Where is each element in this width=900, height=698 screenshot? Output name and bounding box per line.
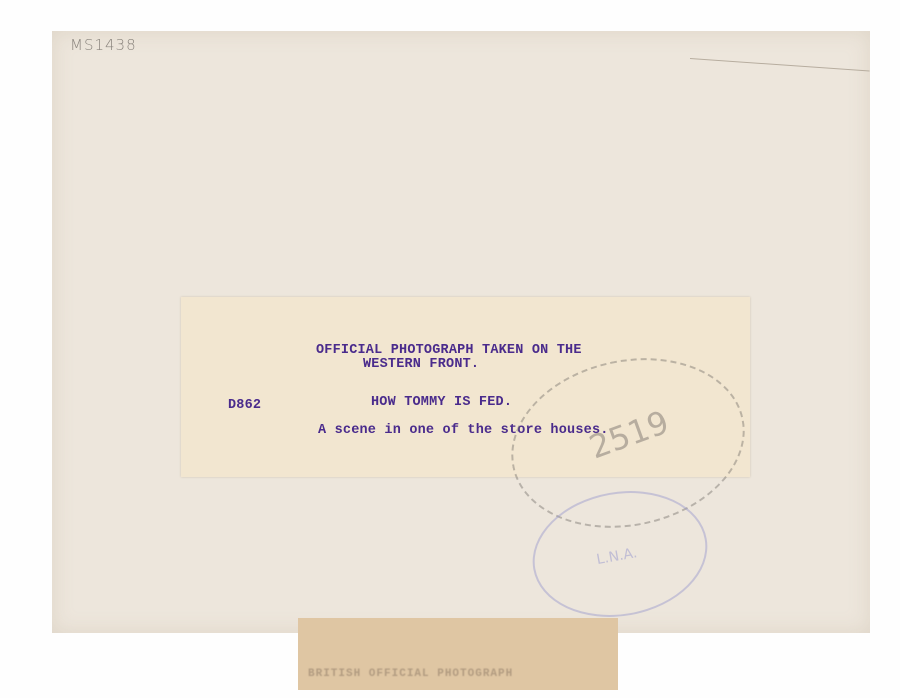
handwritten-reference: MS1438	[70, 36, 137, 54]
caption-reference-number: D862	[228, 398, 261, 413]
stamp-number: 2519	[584, 403, 674, 467]
caption-heading-line2: WESTERN FRONT.	[363, 357, 479, 372]
caption-heading-line1: OFFICIAL PHOTOGRAPH TAKEN ON THE	[316, 343, 582, 358]
caption-title: HOW TOMMY IS FED.	[371, 395, 512, 410]
tape-label: BRITISH OFFICIAL PHOTOGRAPH	[308, 668, 513, 680]
violet-stamp-text: L.N.A.	[595, 545, 638, 568]
paper-tape: BRITISH OFFICIAL PHOTOGRAPH	[298, 618, 618, 690]
